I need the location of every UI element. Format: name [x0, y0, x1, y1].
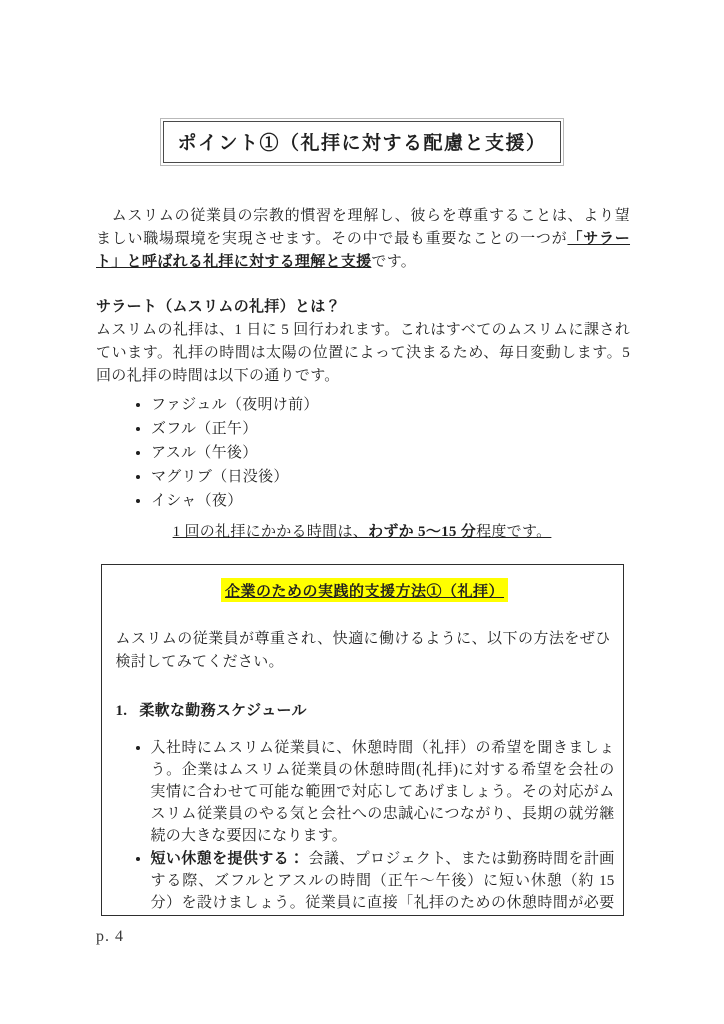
duration-post: 程度です。 [476, 524, 551, 540]
page-title: ポイント①（礼拝に対する配慮と支援） [163, 121, 560, 163]
prayer-times-list: ファジュル（夜明け前） ズフル（正午） アスル（午後） マグリブ（日没後） イシ… [133, 393, 724, 513]
support-box-intro: ムスリムの従業員が尊重され、快適に働けるように、以下の方法をぜひ検討してみてくだ… [116, 628, 611, 674]
intro-paragraph: ムスリムの従業員の宗教的慣習を理解し、彼らを尊重することは、より望ましい職場環境… [96, 205, 630, 274]
support-bullet-list: 入社時にムスリム従業員に、休憩時間（礼拝）の希望を聞きましょう。企業はムスリム従… [132, 737, 615, 916]
duration-pre: 1 回の礼拝にかかる時間は、 [173, 524, 368, 540]
list-item-fajr: ファジュル（夜明け前） [151, 393, 724, 417]
support-box-heading: 企業のための実践的支援方法①（礼拝） [221, 578, 508, 602]
page-title-text: ポイント①（礼拝に対する配慮と支援） [177, 133, 546, 154]
salat-section-body: ムスリムの礼拝は、1 日に 5 回行われます。これはすべてのムスリムに課されてい… [96, 319, 630, 388]
list-item-isha: イシャ（夜） [151, 489, 724, 513]
practical-support-box: 企業のための実践的支援方法①（礼拝） ムスリムの従業員が尊重され、快適に働けるよ… [101, 564, 624, 916]
support-bullet-1: 入社時にムスリム従業員に、休憩時間（礼拝）の希望を聞きましょう。企業はムスリム従… [151, 737, 615, 847]
prayer-duration-note: 1 回の礼拝にかかる時間は、わずか 5～15 分程度です。 [0, 521, 724, 544]
page-number: p. 4 [96, 928, 724, 946]
support-item1-number: 1. [116, 703, 128, 719]
support-bullet-1-text: 入社時にムスリム従業員に、休憩時間（礼拝）の希望を聞きましょう。企業はムスリム従… [151, 740, 615, 844]
list-item-dhuhr: ズフル（正午） [151, 417, 724, 441]
document-page: ポイント①（礼拝に対する配慮と支援） ムスリムの従業員の宗教的慣習を理解し、彼ら… [0, 0, 724, 1024]
duration-emphasis: わずか 5～15 分 [368, 524, 476, 540]
intro-text-post: です。 [371, 254, 416, 270]
salat-section-heading: サラート（ムスリムの礼拝）とは？ [96, 296, 630, 319]
list-item-maghrib: マグリブ（日没後） [151, 465, 724, 489]
intro-text-pre: ムスリムの従業員の宗教的慣習を理解し、彼らを尊重することは、より望ましい職場環境… [96, 208, 630, 247]
support-heading-wrap: 企業のための実践的支援方法①（礼拝） [115, 578, 615, 602]
support-bullet-2-lead: 短い休憩を提供する： [151, 851, 305, 867]
support-item1-title: 柔軟な勤務スケジュール [139, 703, 306, 719]
support-bullet-2: 短い休憩を提供する：会議、プロジェクト、または勤務時間を計画する際、ズフルとアス… [151, 848, 615, 916]
list-item-asr: アスル（午後） [151, 441, 724, 465]
support-item1-heading: 1.柔軟な勤務スケジュール [116, 700, 615, 723]
